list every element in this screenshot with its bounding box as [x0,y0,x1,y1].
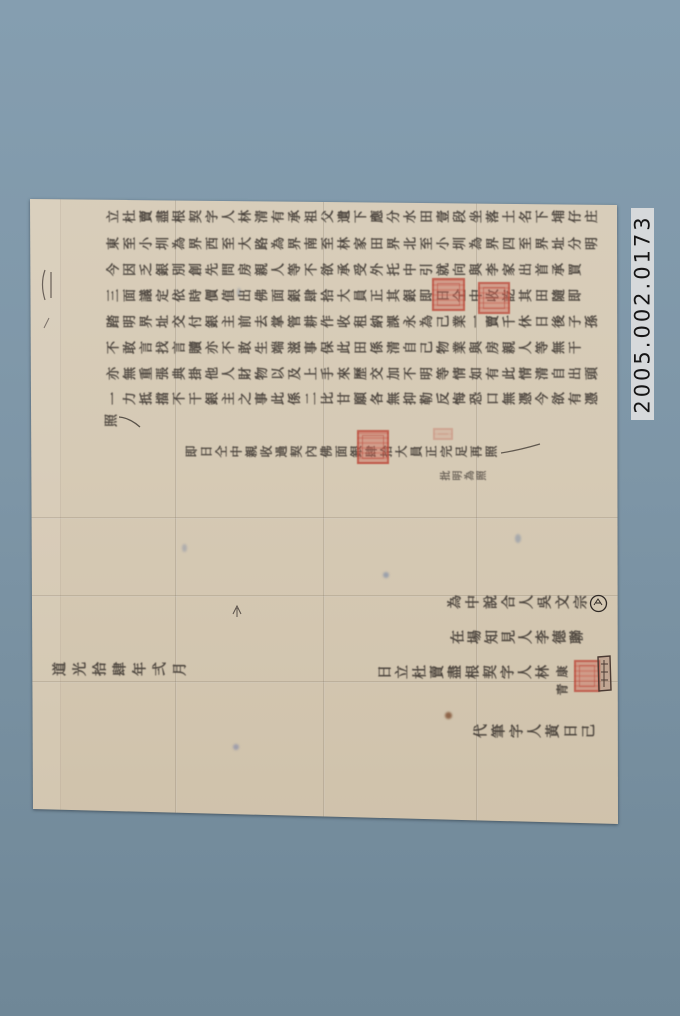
red-seal-stamp [357,430,389,464]
deed-body-line: 亦無重張典掛他人財物以及上手來歷交加不明等情如有此情清自出頭 [106,368,601,384]
deed-body-line: 三面議定依時價值出佛面銀肆拾大員正其銀即日仝中收訖其田隨即 [106,290,585,306]
faint-seal-stamp [433,428,453,440]
deed-body-line: 立杜賣盡根契字人林清有承祖父遺下應分水田壹段坐落土名下埔仔庄 [106,211,601,227]
signature-seller: 日立杜賣盡根契字人林 [377,665,553,681]
stain-spot [233,744,239,750]
margin-bracket-marks [38,268,58,304]
document-sheet-wrapper: 立杜賣盡根契字人林清有承祖父遺下應分水田壹段坐落土名下埔仔庄 東至小圳為界西至大… [0,0,680,1016]
stain-spot-brown [445,712,452,719]
receipt-note: 批明為照 [440,472,488,484]
photo-backdrop: 立杜賣盡根契字人林清有承祖父遺下應分水田壹段坐落土名下埔仔庄 東至小圳為界西至大… [0,0,680,1016]
land-deed-document: 立杜賣盡根契字人林清有承祖父遺下應分水田壹段坐落土名下埔仔庄 東至小圳為界西至大… [0,0,680,1016]
signature-scribe: 代筆字人黃日己 [473,724,599,740]
receipt-line: 即日仝中親收過契內佛面銀肆拾大員正完足再照 [185,445,500,459]
seller-name-char: 青 [556,683,568,697]
fold-crease-horizontal [30,517,620,519]
stain-spot [182,544,187,552]
margin-tick-mark [42,316,52,330]
signature-witness: 在場知見人李德聯 [450,630,586,646]
accession-number: 2005.002.0173 [631,214,654,413]
small-ink-mark [231,604,243,618]
stain-spot [515,534,521,543]
stain-spot [383,572,389,578]
accession-label: 2005.002.0173 [631,208,654,420]
deed-date: 道光拾肆年弍月 [52,662,192,678]
closing-brush-stroke [118,414,142,430]
seller-name-char: 康 [556,665,568,679]
deed-body-line: 踏明界址交付銀主前去掌管耕作收租納課永為己業一賣千休日後子孫 [106,316,601,332]
red-seal-stamp [432,278,465,311]
receipt-brush-stroke [500,440,542,460]
dark-seal-mark [594,654,614,694]
red-seal-stamp [478,282,510,314]
deed-body-line: 不敢言找言贖亦不敢生端滋事保此田係清自己物業與房親人等無干 [106,342,585,358]
signature-middleman: 為中說合人吳文宗 [447,595,591,611]
deed-body-line: 東至小圳為界西至大路為界南至林家田界北至小圳為界四至界址分明 [106,238,601,254]
deed-body-line: 一力抵擋不干銀主之事此係二比甘願各無抑勒反悔恐口無憑今欲有憑 [106,393,601,409]
fold-crease-horizontal [30,681,620,683]
circle-mark-icon [589,594,608,613]
deed-body-line: 今因乏銀別創先問房親人等不欲承受外托中引就向與李家出首承買 [106,264,585,280]
